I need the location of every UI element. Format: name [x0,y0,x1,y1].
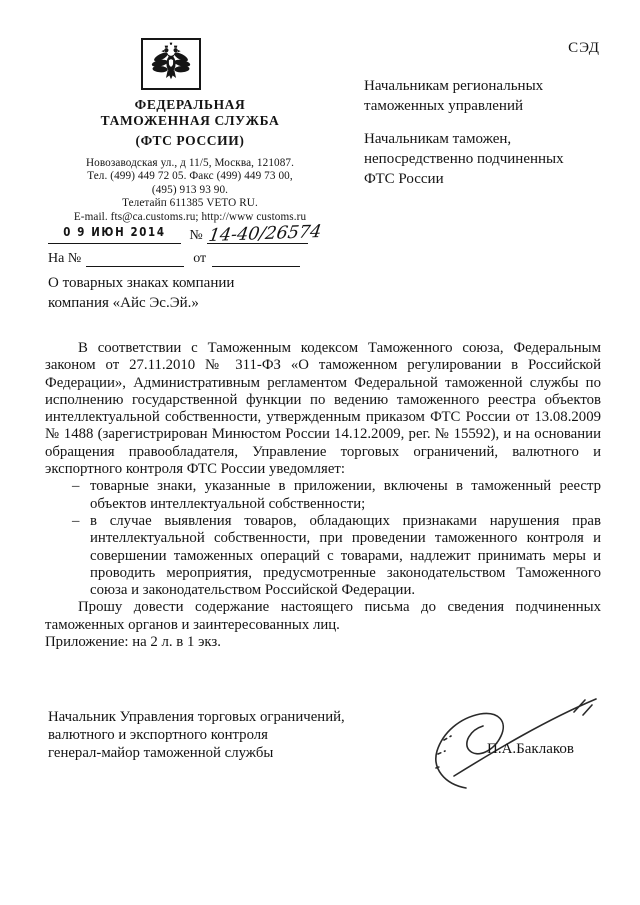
subject: О товарных знаках компании компания «Айс… [48,274,378,313]
addressee-line: ФТС России [364,169,614,189]
outgoing-number-field: 14-40/26574 [207,219,308,244]
addressee-line: таможенных управлений [364,96,614,116]
incoming-reference-row: На № от [48,251,308,267]
emblem-box [141,38,201,90]
list-item: – товарные знаки, указанные в приложении… [45,478,601,513]
addressee-block: Начальникам региональных таможенных упра… [364,76,614,116]
notification-list: – товарные знаки, указанные в приложении… [45,478,601,599]
attachment-note: Приложение: на 2 л. в 1 экз. [45,634,601,651]
body-paragraph-request: Прошу довести содержание настоящего пись… [45,599,601,634]
list-item: – в случае выявления товаров, обладающих… [45,513,601,599]
bullet-dash: – [72,513,90,599]
addressee-line: Начальникам региональных [364,76,614,96]
body-paragraph-legal-basis: В соответствии с Таможенным кодексом Там… [45,340,601,478]
position-line: генерал-майор таможенной службы [48,744,408,762]
letterhead: ФЕДЕРАЛЬНАЯ ТАМОЖЕННАЯ СЛУЖБА (ФТС РОССИ… [44,36,336,224]
addressee-line: непосредственно подчиненных [364,149,614,169]
outgoing-reference-row: 0 9 ИЮН 2014 № 14-40/26574 [48,219,308,244]
official-letter-page: СЭД [0,0,640,905]
addressee-line: Начальникам таможен, [364,129,614,149]
bullet-dash: – [72,478,90,513]
date-stamp-field: 0 9 ИЮН 2014 [48,223,181,244]
signatory-name: П.А.Баклаков [487,741,574,758]
address-line: (495) 913 93 90. [44,184,336,197]
letter-body: В соответствии с Таможенным кодексом Там… [45,340,601,651]
list-item-text: товарные знаки, указанные в приложении, … [90,478,601,513]
date-stamp: 0 9 ИЮН 2014 [64,224,166,239]
organization-address: Новозаводская ул., д 11/5, Москва, 12108… [44,157,336,224]
reply-to-label: На № [48,251,81,267]
reference-block: 0 9 ИЮН 2014 № 14-40/26574 На № от [48,219,308,267]
list-item-text: в случае выявления товаров, обладающих п… [90,513,601,599]
subject-line: О товарных знаках компании [48,274,378,294]
org-name-line: ФЕДЕРАЛЬНАЯ [44,97,336,113]
subject-line: компания «Айс Эс.Эй.» [48,294,378,314]
coat-of-arms-icon [147,41,195,88]
from-label: от [193,251,206,267]
address-line: Тел. (499) 449 72 05. Факс (499) 449 73 … [44,170,336,183]
number-label: № [189,228,202,244]
org-name-line: ТАМОЖЕННАЯ СЛУЖБА [44,113,336,129]
address-line: Телетайп 611385 VETO RU. [44,197,336,210]
address-line: Новозаводская ул., д 11/5, Москва, 12108… [44,157,336,170]
sed-corner-mark: СЭД [568,40,600,57]
signatory-position: Начальник Управления торговых ограничени… [48,708,408,762]
org-name-line: (ФТС РОССИИ) [44,133,336,149]
position-line: Начальник Управления торговых ограничени… [48,708,408,726]
organization-name: ФЕДЕРАЛЬНАЯ ТАМОЖЕННАЯ СЛУЖБА (ФТС РОССИ… [44,97,336,149]
addressees: Начальникам региональных таможенных упра… [364,76,614,189]
position-line: валютного и экспортного контроля [48,726,408,744]
handwritten-outgoing-number: 14-40/26574 [207,222,322,246]
addressee-block: Начальникам таможен, непосредственно под… [364,129,614,189]
reply-date-blank [212,251,300,267]
reply-number-blank [86,251,184,267]
